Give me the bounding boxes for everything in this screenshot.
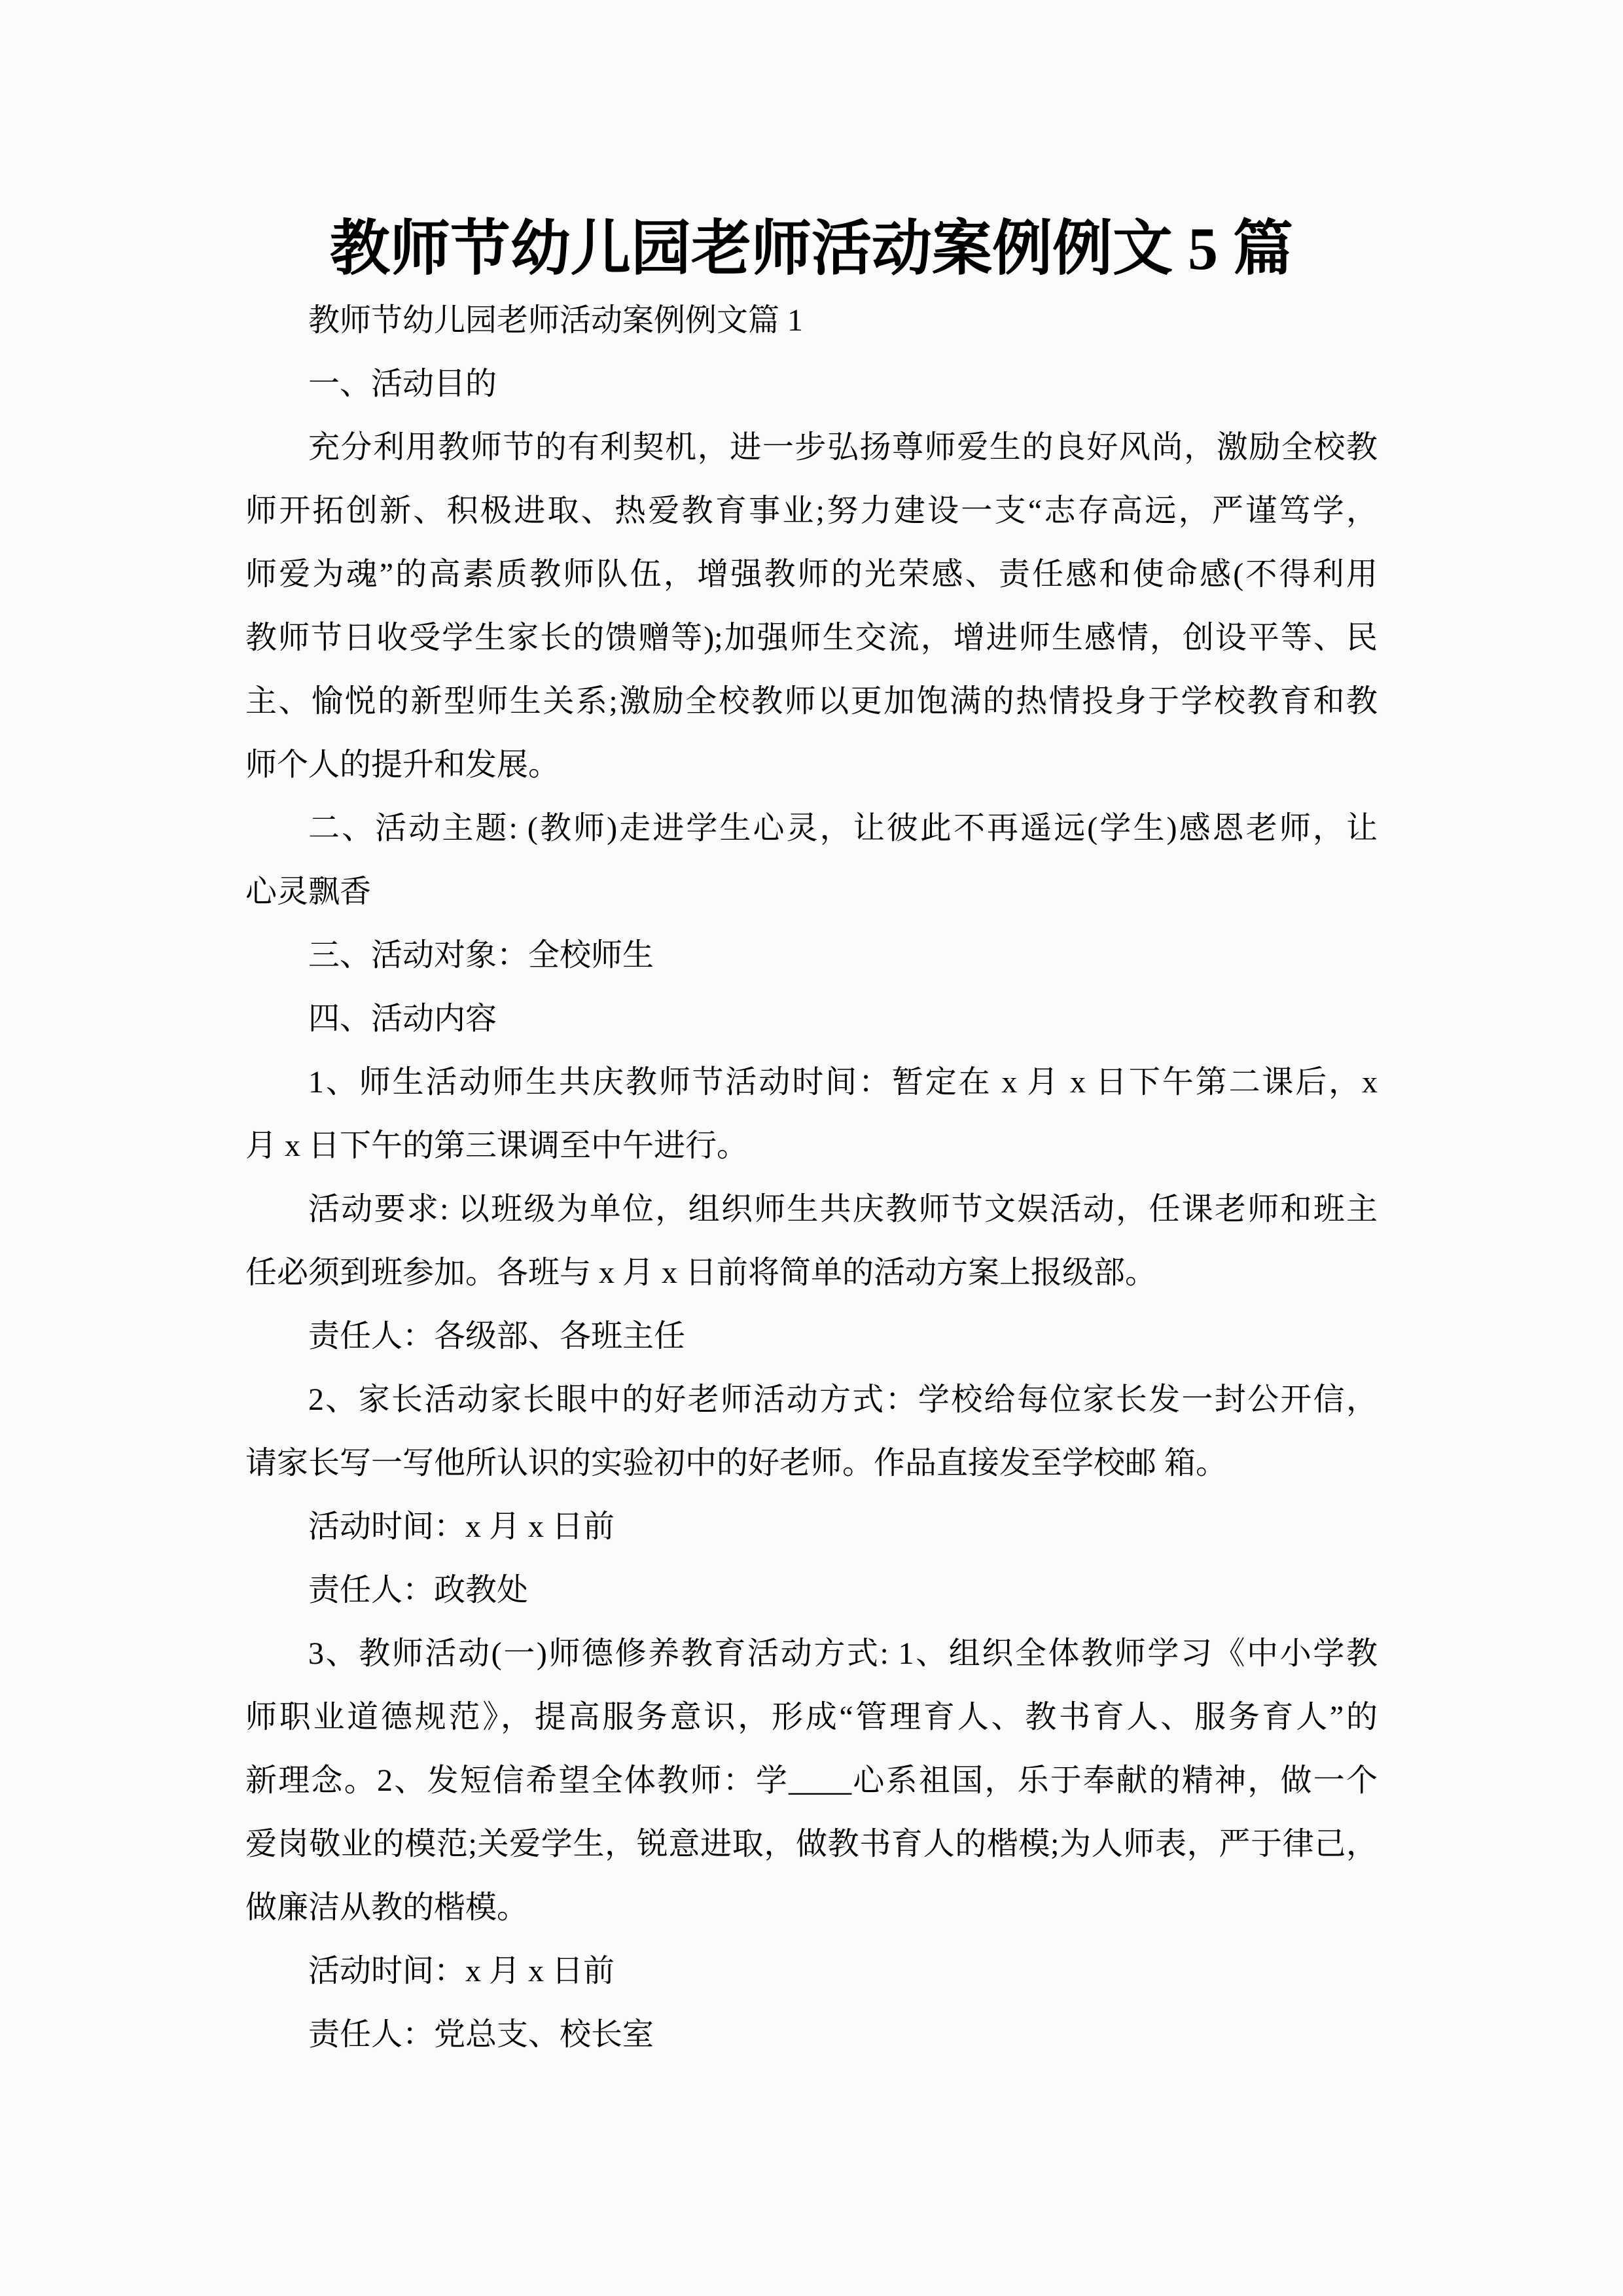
paragraph-line: 活动时间：x 月 x 日前 <box>245 1495 1378 1558</box>
document-page: 教师节幼儿园老师活动案例例文 5 篇 教师节幼儿园老师活动案例例文篇 1 一、活… <box>0 0 1623 2296</box>
paragraph-line: 活动时间：x 月 x 日前 <box>245 1939 1378 2003</box>
paragraph-line: 1、师生活动师生共庆教师节活动时间：暂定在 x 月 x 日下午第二课后，x <box>245 1050 1378 1114</box>
paragraph-line: 师爱为魂”的高素质教师队伍，增强教师的光荣感、责任感和使命感(不得利用 <box>245 543 1378 606</box>
paragraph-line: 活动要求: 以班级为单位，组织师生共庆教师节文娱活动，任课老师和班主 <box>245 1177 1378 1241</box>
section-heading: 四、活动内容 <box>245 987 1378 1050</box>
paragraph-line: 教师节日收受学生家长的馈赠等);加强师生交流，增进师生感情，创设平等、民 <box>245 606 1378 670</box>
section-heading: 一、活动目的 <box>245 352 1378 416</box>
paragraph-line: 心灵飘香 <box>245 860 1378 924</box>
paragraph-line: 请家长写一写他所认识的实验初中的好老师。作品直接发至学校邮 箱。 <box>245 1431 1378 1495</box>
paragraph-line: 师职业道德规范》，提高服务意识，形成“管理育人、教书育人、服务育人”的 <box>245 1685 1378 1749</box>
document-title: 教师节幼儿园老师活动案例例文 5 篇 <box>245 213 1378 285</box>
paragraph-line: 2、家长活动家长眼中的好老师活动方式：学校给每位家长发一封公开信， <box>245 1368 1378 1431</box>
paragraph-line: 月 x 日下午的第三课调至中午进行。 <box>245 1114 1378 1177</box>
doc-subtitle: 教师节幼儿园老师活动案例例文篇 1 <box>245 289 1378 352</box>
paragraph-line: 责任人：各级部、各班主任 <box>245 1304 1378 1368</box>
paragraph-line: 师开拓创新、积极进取、热爱教育事业;努力建设一支“志存高远，严谨笃学， <box>245 479 1378 543</box>
paragraph-line: 主、愉悦的新型师生关系;激励全校教师以更加饱满的热情投身于学校教育和教 <box>245 670 1378 733</box>
paragraph-line: 新理念。2、发短信希望全体教师：学____心系祖国，乐于奉献的精神，做一个 <box>245 1749 1378 1812</box>
paragraph-line: 充分利用教师节的有利契机，进一步弘扬尊师爱生的良好风尚，激励全校教 <box>245 416 1378 479</box>
section-heading: 二、活动主题: (教师)走进学生心灵，让彼此不再遥远(学生)感恩老师，让 <box>245 797 1378 860</box>
paragraph-line: 师个人的提升和发展。 <box>245 733 1378 797</box>
paragraph-line: 任必须到班参加。各班与 x 月 x 日前将简单的活动方案上报级部。 <box>245 1241 1378 1304</box>
paragraph-line: 责任人：党总支、校长室 <box>245 2003 1378 2066</box>
document-content: 教师节幼儿园老师活动案例例文 5 篇 教师节幼儿园老师活动案例例文篇 1 一、活… <box>245 213 1378 2066</box>
paragraph-line: 做廉洁从教的楷模。 <box>245 1876 1378 1939</box>
paragraph-line: 爱岗敬业的模范;关爱学生，锐意进取，做教书育人的楷模;为人师表，严于律己， <box>245 1812 1378 1876</box>
section-heading: 三、活动对象：全校师生 <box>245 924 1378 987</box>
paragraph-line: 3、教师活动(一)师德修养教育活动方式: 1、组织全体教师学习《中小学教 <box>245 1622 1378 1685</box>
paragraph-line: 责任人：政教处 <box>245 1558 1378 1622</box>
